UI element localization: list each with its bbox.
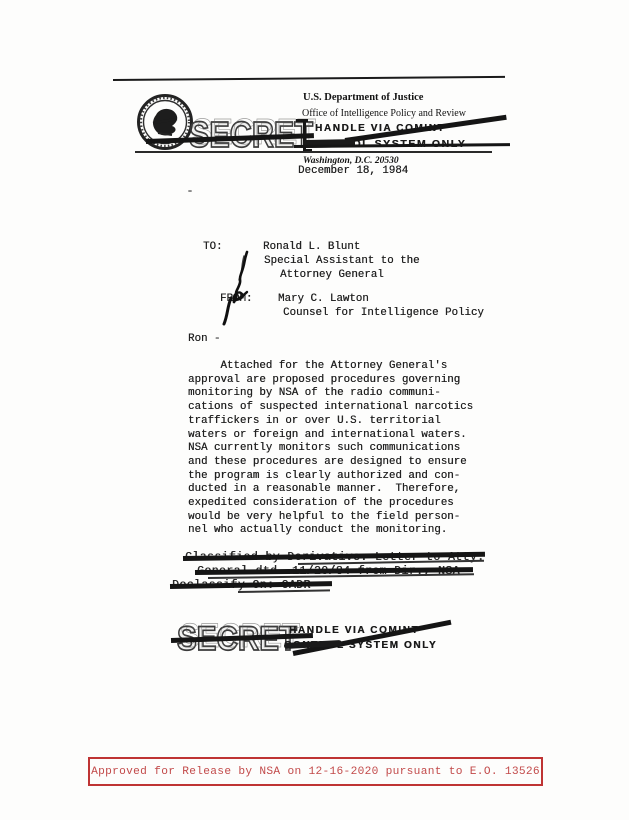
body-line: monitoring by NSA of the radio communi- (188, 387, 473, 401)
body-line: ducted in a reasonable manner. Therefore… (188, 483, 473, 497)
body-line: NSA currently monitors such communicatio… (188, 442, 473, 456)
release-banner: Approved for Release by NSA on 12-16-202… (88, 757, 543, 786)
to-name: Ronald L. Blunt (263, 241, 360, 255)
from-name: Mary C. Lawton (278, 293, 369, 307)
body-line: nel who actually conduct the monitoring. (188, 524, 473, 538)
to-title-line1: Special Assistant to the (264, 255, 420, 269)
underline-classification-3 (238, 589, 330, 592)
release-banner-text: Approved for Release by NSA on 12-16-202… (91, 766, 540, 778)
body-line: cations of suspected international narco… (188, 401, 473, 415)
body-line: Attached for the Attorney General's (188, 360, 473, 374)
body-line: would be very helpful to the field perso… (188, 511, 473, 525)
salutation: Ron - (188, 333, 220, 347)
scan-speck (188, 190, 192, 192)
handwritten-initials (213, 246, 263, 326)
body-line: traffickers in or over U.S. territorial (188, 415, 473, 429)
office-name: Office of Intelligence Policy and Review (302, 108, 466, 119)
stamp-edge-mark-arm (296, 119, 308, 122)
agency-name: U.S. Department of Justice (303, 92, 423, 103)
to-title-line2: Attorney General (280, 269, 384, 283)
body-line: approval are proposed procedures governi… (188, 374, 473, 388)
scanned-memo-page: SECRET SECRET U.S. Department of Justice… (0, 0, 629, 820)
body-line: the program is clearly authorized and co… (188, 470, 473, 484)
scan-artifact-line (113, 76, 505, 81)
date-line: December 18, 1984 (298, 165, 408, 179)
body-line: and these procedures are designed to ens… (188, 456, 473, 470)
body-line: waters or foreign and international wate… (188, 429, 473, 443)
body-line: expedited consideration of the procedure… (188, 497, 473, 511)
from-title: Counsel for Intelligence Policy (283, 307, 484, 321)
body-paragraph: Attached for the Attorney General's appr… (188, 360, 473, 538)
header-rule (135, 151, 492, 153)
